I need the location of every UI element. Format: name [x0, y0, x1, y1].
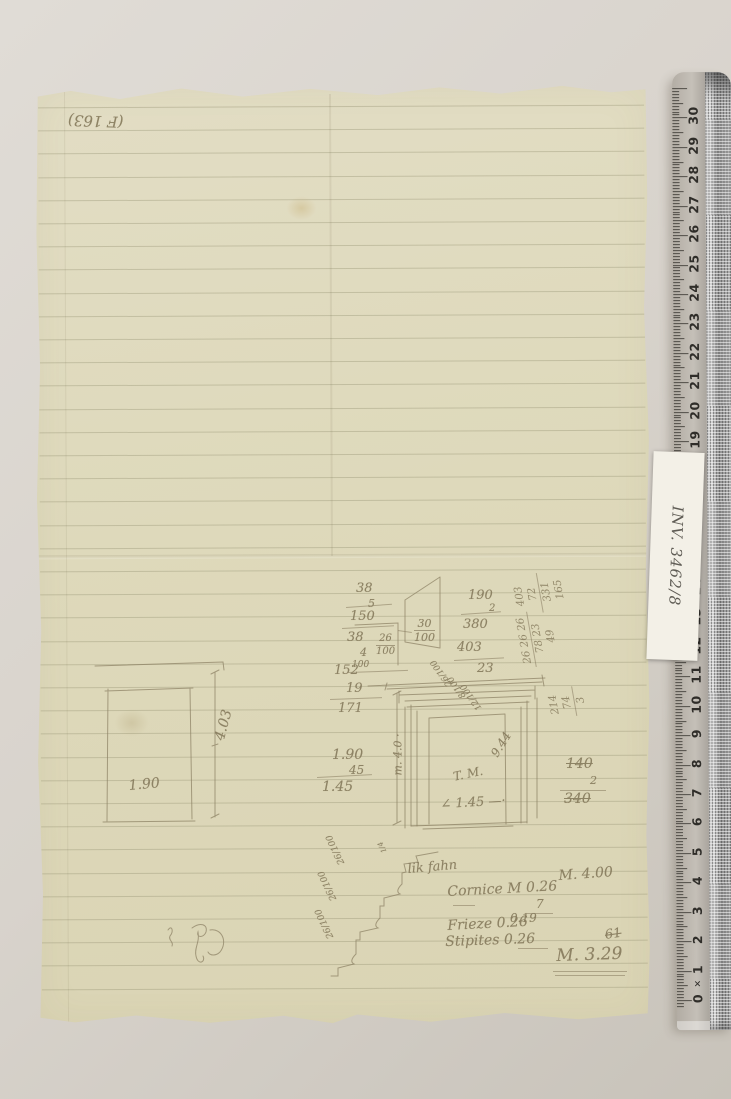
ruler-tick [673, 259, 680, 260]
ruler-tick [672, 106, 679, 107]
ruler-tick [676, 894, 683, 895]
ruled-line [39, 221, 645, 225]
ruler-tick [672, 138, 679, 139]
ruler-number: 10 [689, 694, 704, 714]
ruler-tick [673, 288, 680, 289]
ruler-tick [674, 409, 681, 410]
ruler-tick [677, 988, 684, 989]
ruler-tick [677, 1006, 684, 1007]
ruler-tick [673, 173, 680, 174]
ruler-tick [676, 818, 683, 819]
ruler-tick [673, 300, 680, 301]
ruler-number: 7 [689, 783, 704, 803]
calc-number: 150 [350, 609, 375, 624]
horizontal-fold-crease [36, 553, 650, 560]
ruler-tick [676, 747, 683, 748]
ruler-tick [672, 159, 679, 160]
ruler-tick [673, 182, 680, 183]
calc-number: 38 [347, 630, 364, 645]
inventory-number: INV. 3462/8 [665, 505, 686, 606]
calc-number: 23 [477, 661, 494, 676]
ruler-tick [676, 927, 687, 928]
ruler-tick [676, 771, 683, 772]
ruler-tick [676, 874, 683, 875]
ruled-line [38, 174, 644, 178]
ruler-tick [676, 856, 683, 857]
ruler-tick [675, 738, 682, 739]
ruler-tick [676, 850, 683, 851]
calc-number: 19 [346, 681, 363, 696]
ruled-line [39, 290, 645, 294]
ruler-tick [673, 341, 680, 342]
note-number: 7 [536, 897, 544, 911]
ruler-tick [673, 338, 684, 339]
ruled-line [38, 197, 644, 201]
ruler-tick [673, 188, 680, 189]
ruler-tick [673, 203, 680, 204]
struck-number: 340 [564, 791, 591, 807]
ruler-tick [674, 426, 685, 427]
calc-number: 403 [457, 640, 482, 655]
struck-number: 61 [604, 926, 622, 943]
calc-number: 1.90 [332, 747, 363, 763]
ruler-tick [676, 918, 683, 919]
ruler-tick [673, 321, 680, 322]
ruler-tick [672, 144, 679, 145]
ruler-tick [673, 215, 680, 216]
ruler-tick [673, 229, 680, 230]
door-height-label: m. 4.0 · [392, 715, 405, 795]
pencil-line [553, 971, 627, 972]
ruler-tick [677, 962, 684, 963]
ruler-tick [675, 688, 682, 689]
pencil-line [518, 948, 548, 949]
ruler-tick [673, 312, 680, 313]
ruler-tick [673, 291, 680, 292]
ruler-tick [673, 332, 680, 333]
ruler-tick [673, 170, 680, 171]
ruler-tick [677, 935, 684, 936]
ruler-tick [672, 150, 679, 151]
ruler-tick [677, 1003, 684, 1004]
calc-number: 380 [463, 617, 488, 632]
ruler-tick [677, 968, 684, 969]
ruler-number: 4 [690, 871, 705, 891]
ruler-tick [673, 250, 684, 251]
vertical-fold-crease [329, 94, 333, 556]
ruler-tick [676, 800, 683, 801]
ruler-tick [676, 829, 683, 830]
ruler-tick [674, 418, 681, 419]
ruler-tick [673, 197, 680, 198]
ruler-tick [674, 423, 681, 424]
ruler-tick [676, 835, 683, 836]
ruler-number: 24 [687, 282, 702, 302]
ruler-tick [674, 429, 681, 430]
ruled-line [39, 267, 645, 271]
ruler-tick [676, 797, 683, 798]
ruler-brand-mark: ✕ [694, 980, 702, 990]
ruled-line [39, 244, 645, 248]
ruler-tick [676, 841, 683, 842]
ruler-tick [676, 924, 683, 925]
fraction-numerator: 26 [379, 634, 392, 644]
ruler-tick [674, 365, 681, 366]
calc-number: 2 [590, 774, 597, 787]
ruler-tick [672, 103, 683, 104]
ruler-tick [675, 724, 682, 725]
ruler-tick [675, 712, 682, 713]
ruler-tick [674, 432, 681, 433]
ruler-tick [677, 979, 684, 980]
ruler-tick [676, 885, 683, 886]
ruler-tick [676, 929, 683, 930]
ruler-tick [673, 347, 680, 348]
ruler-tick [676, 909, 683, 910]
ruler-tick [675, 721, 686, 722]
ruler-tick [673, 226, 680, 227]
ruler-tick [672, 123, 679, 124]
ruler-tick [676, 871, 683, 872]
ruler-tick [676, 815, 683, 816]
ruler-tick [675, 726, 682, 727]
ruler-tick [676, 774, 683, 775]
ruler-number: 11 [689, 665, 704, 685]
ruler-tick [674, 385, 681, 386]
ruler-number: 23 [687, 312, 702, 332]
calc-number: 4 [360, 646, 367, 659]
ruler-tick [672, 156, 679, 157]
ruler-tick [676, 921, 683, 922]
ruler-tick [674, 435, 681, 436]
ruler-tick [672, 94, 679, 95]
ruler-tick [672, 135, 679, 136]
ruler-tick [675, 697, 682, 698]
fraction-denominator: 100 [414, 632, 435, 643]
ruler-tick [675, 700, 682, 701]
ruler-tick [676, 785, 683, 786]
ruled-line [40, 453, 646, 457]
ruler-tick [677, 997, 684, 998]
ruled-line [39, 406, 645, 410]
ruler-tick [672, 129, 679, 130]
ruler-tick [675, 729, 682, 730]
ruled-line [38, 105, 644, 109]
ruler-tick [675, 685, 682, 686]
ruler-tick [676, 877, 683, 878]
ruler-tick [677, 932, 684, 933]
ruler-tick [673, 335, 680, 336]
ruler-tick [677, 947, 684, 948]
folio-mark: (F 163) [68, 111, 124, 131]
ruler-number: 28 [686, 165, 701, 185]
ruler-tick [672, 132, 683, 133]
ruler-tick [676, 897, 687, 898]
ruler-number: 6 [689, 812, 704, 832]
ruler-number: 1 [690, 959, 705, 979]
ruler-number: 30 [686, 106, 701, 126]
ruler-tick [676, 782, 683, 783]
fraction-30-100: 30100 [414, 618, 435, 643]
calc-number: 152 [334, 663, 359, 678]
ruler-tick [672, 126, 679, 127]
ruler-tick [673, 220, 684, 221]
ruler-number: 20 [687, 400, 702, 420]
ruler-tick [677, 982, 684, 983]
ruler-tick [676, 821, 683, 822]
ruler-tick [672, 168, 679, 169]
ruler-tick [672, 88, 687, 89]
struck-number: 140 [566, 756, 593, 772]
pencil-line [555, 975, 625, 976]
ruler-tick [673, 200, 680, 201]
ruler-tick [676, 900, 683, 901]
ruler-tick [675, 671, 682, 672]
ruler-number: 5 [690, 841, 705, 861]
ruler-tick [677, 965, 684, 966]
ruler-tick [674, 368, 685, 369]
ruler-tick [673, 262, 680, 263]
ruler-tick [676, 879, 683, 880]
ruler-tick [673, 297, 680, 298]
ruler-tick [676, 750, 687, 751]
fraction-26-100: 26100 [376, 634, 395, 657]
ruler-number: 3 [690, 900, 705, 920]
ruled-line [39, 360, 645, 364]
fraction-bar [414, 630, 435, 631]
ruler-tick [673, 191, 684, 192]
ruler-number: 21 [687, 371, 702, 391]
ruler-tick [675, 732, 682, 733]
ruler-tick [676, 777, 683, 778]
ruled-line [40, 499, 646, 503]
ruler-tick [673, 279, 684, 280]
inventory-label: INV. 3462/8 [646, 451, 704, 661]
ruler-tick [674, 388, 681, 389]
ruler-tick [676, 903, 683, 904]
ruler-tick [676, 744, 683, 745]
ruler-tick [673, 218, 680, 219]
ruler-tick [674, 373, 681, 374]
ruler-tick [673, 315, 680, 316]
ruler-tick [676, 806, 683, 807]
ruler-number: 9 [689, 724, 704, 744]
ruler-tick [673, 329, 680, 330]
ruler-tick [676, 891, 683, 892]
ruler-tick [673, 276, 680, 277]
calc-number: 190 [468, 588, 493, 603]
ruler-tick [674, 362, 681, 363]
ruler-tick [673, 356, 680, 357]
archival-photo: (F 163) 38 5 150 38 4 26100 100 152 19 1… [0, 0, 731, 1099]
ruler-number: 0 [690, 988, 705, 1008]
ruler-tick [673, 253, 680, 254]
calc-number: 1.45 [322, 779, 353, 795]
ruled-line [39, 429, 645, 433]
ruler-tick [672, 97, 679, 98]
ruled-line [40, 545, 646, 549]
ruler-tick [674, 406, 681, 407]
ruled-line [39, 313, 645, 317]
ruler-tick [674, 397, 685, 398]
ruler-tick [674, 394, 681, 395]
paper-stain [286, 196, 316, 220]
ruler-tick [676, 915, 683, 916]
ruler-tick [675, 665, 682, 666]
ruler-number: 29 [686, 135, 701, 155]
ruler-tick [676, 759, 683, 760]
ruler-tick [673, 273, 680, 274]
ruler-tick [674, 415, 681, 416]
ruler-tick [674, 444, 681, 445]
pencil-line [453, 905, 475, 906]
ruler-tick [676, 791, 683, 792]
ruler-tick [673, 232, 680, 233]
ruler-number: 8 [689, 753, 704, 773]
ruler-tick [676, 838, 687, 839]
ruler-tick [672, 112, 679, 113]
ruler-tick [673, 268, 680, 269]
ruler-number: 26 [686, 224, 701, 244]
ruler-number: 25 [686, 253, 701, 273]
ruler-tick [673, 244, 680, 245]
calc-number: 171 [338, 701, 363, 716]
ruler-tick [672, 115, 679, 116]
ruler-tick [673, 344, 680, 345]
ruled-line [38, 128, 644, 132]
ruler-tick [672, 120, 679, 121]
ruler-tick [672, 141, 679, 142]
ruler-tick [673, 247, 680, 248]
ruler-tick [673, 326, 680, 327]
ruler-number: 27 [686, 194, 701, 214]
ruler-tick [676, 762, 683, 763]
ruler-tick [676, 844, 683, 845]
ruler-tick [672, 165, 679, 166]
fraction-denominator: 100 [376, 647, 395, 657]
ruler-tick [673, 179, 680, 180]
ruler-tick [675, 668, 682, 669]
ruler-tick [675, 715, 682, 716]
ruler-tick [676, 768, 683, 769]
ruler-number: 22 [687, 341, 702, 361]
ruler-tick [676, 847, 683, 848]
fraction-numerator: 30 [418, 618, 432, 629]
ruler-tick [676, 756, 683, 757]
ruler-tick [673, 194, 680, 195]
ruler-tick [675, 682, 682, 683]
ruler-tick [674, 391, 681, 392]
ruler-number: 2 [690, 930, 705, 950]
ruler-tick [676, 753, 683, 754]
ruler-tick [674, 359, 681, 360]
ruler-tick [675, 679, 682, 680]
ruler-tick [676, 868, 687, 869]
ruled-lines [34, 83, 648, 86]
ruler-tick [673, 241, 680, 242]
ruler-tick [674, 376, 681, 377]
ruler-tick [672, 91, 679, 92]
ruler-tick [673, 212, 680, 213]
ruler-tick [673, 256, 680, 257]
ruler-tick [673, 209, 680, 210]
ruler-tick [677, 956, 688, 957]
rect-width-label: 1.90 [128, 775, 160, 794]
ruled-line [39, 383, 645, 387]
ruler-tick [673, 238, 680, 239]
ruler-tick [677, 974, 684, 975]
ruler-tick [673, 303, 680, 304]
ruler-metal-edge [705, 72, 731, 1030]
ruler-tick [672, 153, 679, 154]
ruler-tick [672, 162, 683, 163]
calc-number: 38 [356, 581, 373, 596]
ruler-number: 19 [687, 430, 702, 450]
ruler-tick [676, 862, 683, 863]
ruler-tick [672, 109, 679, 110]
ruler-tick [674, 371, 681, 372]
ruler-tick [672, 100, 679, 101]
ruler-tick [675, 718, 682, 719]
ruler-tick [677, 938, 684, 939]
ruler-tick [673, 185, 680, 186]
ruler-tick [676, 779, 687, 780]
ruler-tick [676, 812, 683, 813]
ruled-line [40, 476, 646, 480]
ruler-tick [673, 270, 680, 271]
ruler-tick [675, 703, 682, 704]
ruler-tick [673, 350, 680, 351]
ruler-tick [677, 959, 684, 960]
ruler-tick [674, 450, 681, 451]
ruler-tick [674, 421, 681, 422]
ruler-tick [673, 306, 680, 307]
ruler-tick [674, 379, 681, 380]
ruler-tick [676, 865, 683, 866]
ruler-tick [673, 318, 680, 319]
ruler-tick [676, 859, 683, 860]
ruled-line [42, 986, 648, 990]
ruler-tick [676, 888, 683, 889]
ruler-tick [675, 674, 682, 675]
rectangle-plan-sketch [85, 655, 235, 830]
ruler-tick [673, 282, 680, 283]
ruler-tick [675, 709, 682, 710]
ruler-tick [677, 985, 688, 986]
ruler-tick [674, 403, 681, 404]
ruler-tick [673, 223, 680, 224]
ruler-tick [676, 741, 683, 742]
ruler-tick [676, 832, 683, 833]
ruler-tick [677, 950, 684, 951]
ruler-tick [675, 694, 682, 695]
ruler-tick [674, 438, 681, 439]
ruler-tick [675, 691, 686, 692]
ruler-tick [674, 400, 681, 401]
ruler-tick [676, 827, 683, 828]
ruled-line [40, 522, 646, 526]
ruler-tick [673, 285, 680, 286]
ruler-tick [677, 944, 684, 945]
ruler-tick [677, 991, 684, 992]
ruled-line [40, 615, 646, 619]
ruler-tick [676, 788, 683, 789]
ruler-tick [676, 906, 683, 907]
ruler-tick [677, 977, 684, 978]
ruler-tick [673, 309, 684, 310]
note-total: M. 3.29 [556, 944, 623, 966]
ruler-tick [677, 994, 684, 995]
